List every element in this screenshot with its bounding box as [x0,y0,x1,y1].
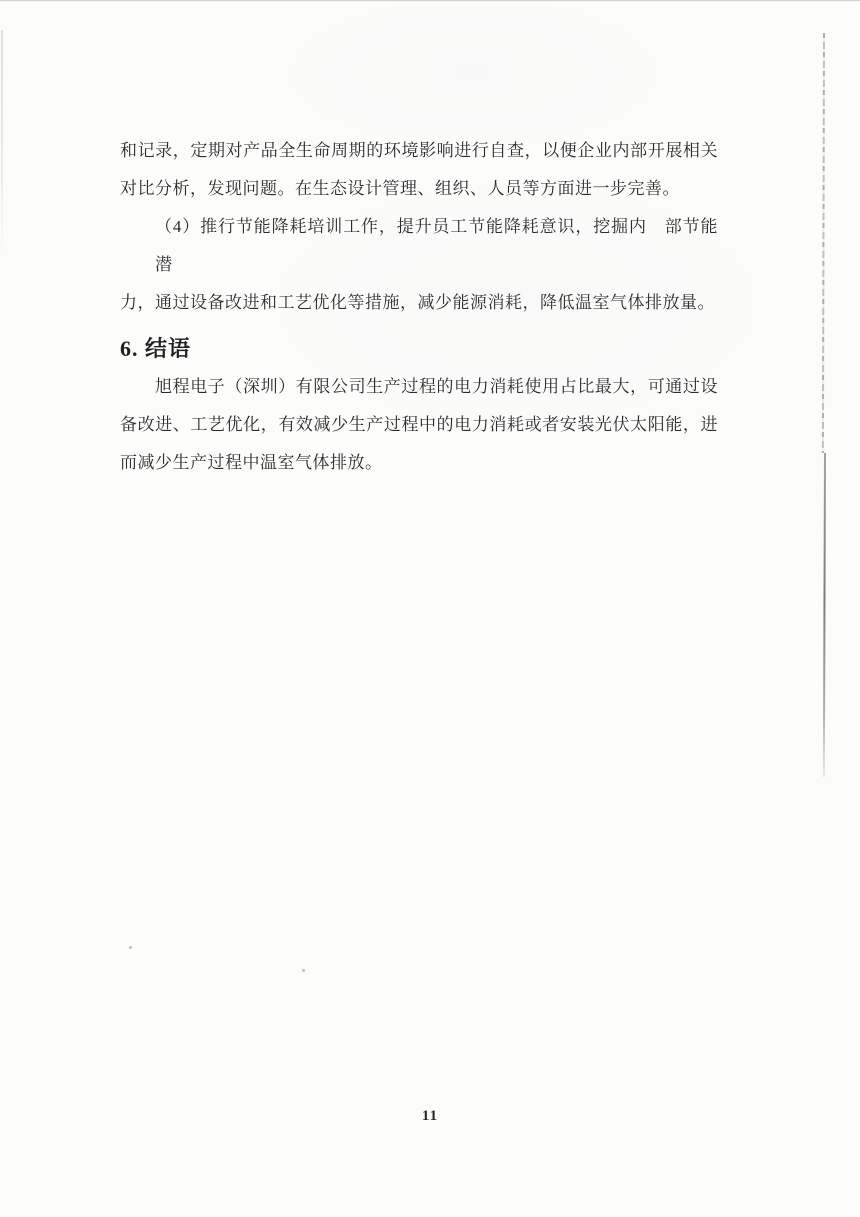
scan-speck-1 [129,946,132,949]
scan-artifact-line-lower [823,453,826,777]
scan-artifact-line-upper [822,33,825,453]
text-line: 力，通过设备改进和工艺优化等措施，减少能源消耗，降低温室气体排放量。 [120,284,718,322]
paragraph-conclusion: 旭程电子（深圳）有限公司生产过程的电力消耗使用占比最大，可通过设备改进、工艺优化… [120,368,718,482]
text-column: 和记录，定期对产品全生命周期的环境影响进行自查，以便企业内部开展相关对比分析，发… [120,132,718,482]
text-line: 备改进、工艺优化，有效减少生产过程中的电力消耗或者安装光伏太阳能，进 [120,406,718,444]
paragraph-item-4: （4）推行节能降耗培训工作，提升员工节能降耗意识，挖掘内 部节能潜力，通过设备改… [120,208,718,322]
scanned-document-page: 和记录，定期对产品全生命周期的环境影响进行自查，以便企业内部开展相关对比分析，发… [0,0,860,1217]
section-heading: 6. 结语 [120,330,718,368]
text-line: 旭程电子（深圳）有限公司生产过程的电力消耗使用占比最大，可通过设 [120,368,718,406]
scan-left-edge-shadow [1,30,3,260]
paragraph-continuation: 和记录，定期对产品全生命周期的环境影响进行自查，以便企业内部开展相关对比分析，发… [120,132,718,208]
scan-top-edge-shadow [0,0,860,2]
text-line: 对比分析，发现问题。在生态设计管理、组织、人员等方面进一步完善。 [120,170,718,208]
page-number: 11 [406,1108,454,1125]
text-line: 和记录，定期对产品全生命周期的环境影响进行自查，以便企业内部开展相关 [120,132,718,170]
scan-speck-2 [302,969,305,972]
text-line: 而减少生产过程中温室气体排放。 [120,444,718,482]
text-line: （4）推行节能降耗培训工作，提升员工节能降耗意识，挖掘内 部节能潜 [120,208,718,284]
